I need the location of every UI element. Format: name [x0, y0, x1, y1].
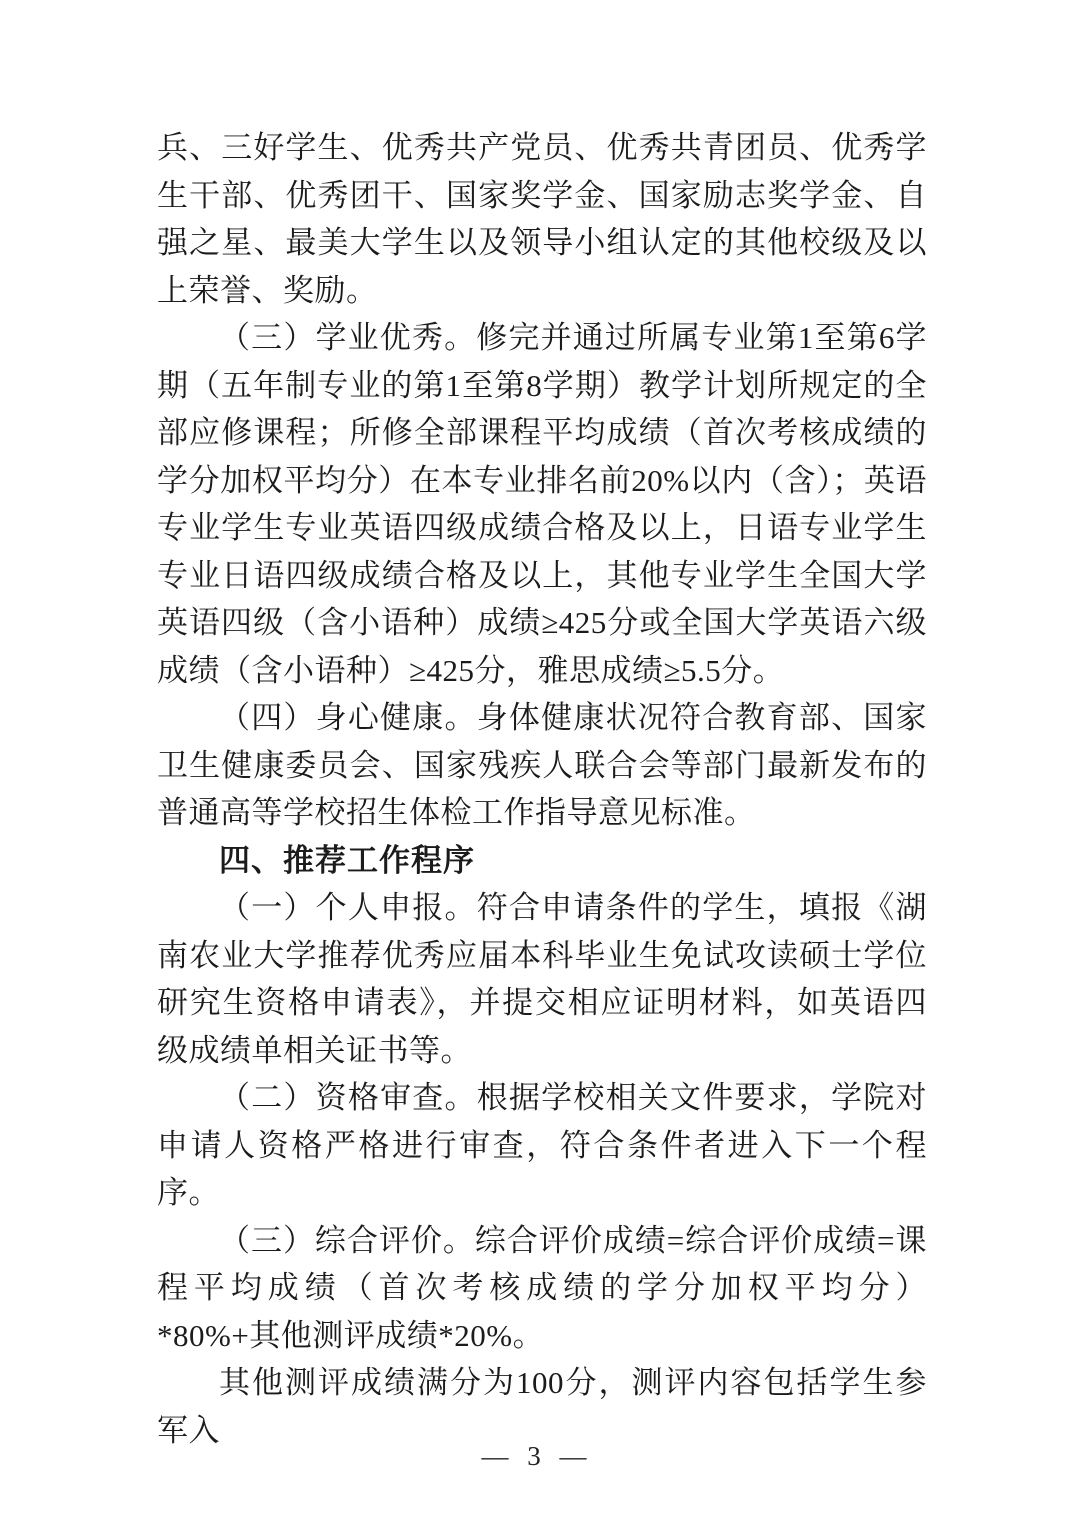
paragraph-procedure3-comprehensive-evaluation: （三）综合评价。综合评价成绩=综合评价成绩=课程平均成绩（首次考核成绩的学分加权…: [157, 1217, 927, 1360]
paragraph-procedure1-personal-application: （一）个人申报。符合申请条件的学生，填报《湖南农业大学推荐优秀应届本科毕业生免试…: [157, 884, 927, 1074]
paragraph-honors-continuation: 兵、三好学生、优秀共产党员、优秀共青团员、优秀学生干部、优秀团干、国家奖学金、国…: [157, 124, 927, 314]
paragraph-other-evaluation-intro: 其他测评成绩满分为100分，测评内容包括学生参军入: [157, 1359, 927, 1454]
paragraph-item3-academic-excellence: （三）学业优秀。修完并通过所属专业第1至第6学期（五年制专业的第1至第8学期）教…: [157, 314, 927, 694]
document-page: 兵、三好学生、优秀共产党员、优秀共青团员、优秀学生干部、优秀团干、国家奖学金、国…: [0, 0, 1074, 1520]
page-number: — 3 —: [0, 1441, 1074, 1472]
section-heading-recommendation-procedure: 四、推荐工作程序: [157, 837, 927, 885]
paragraph-item4-health: （四）身心健康。身体健康状况符合教育部、国家卫生健康委员会、国家残疾人联合会等部…: [157, 694, 927, 837]
paragraph-procedure2-qualification-review: （二）资格审查。根据学校相关文件要求，学院对申请人资格严格进行审查，符合条件者进…: [157, 1074, 927, 1217]
document-body: 兵、三好学生、优秀共产党员、优秀共青团员、优秀学生干部、优秀团干、国家奖学金、国…: [157, 124, 927, 1454]
